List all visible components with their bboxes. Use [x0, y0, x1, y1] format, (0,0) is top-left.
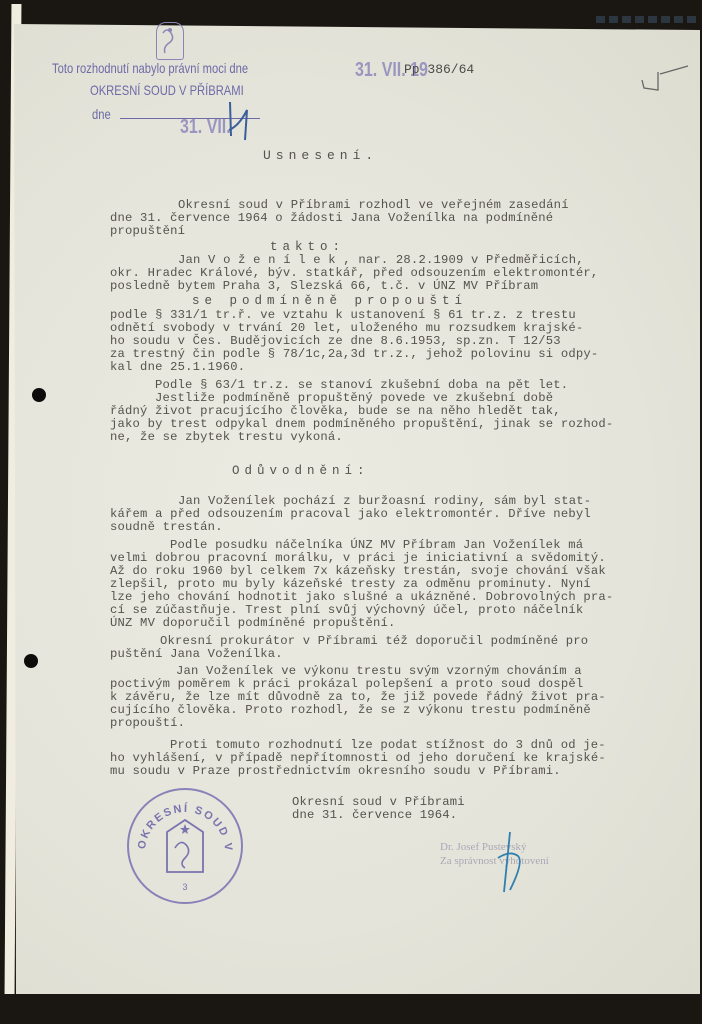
date-stamp-bottom: 31. VII.	[180, 116, 231, 139]
reasoning-p3-line-2: puštění Jana Voženílka.	[110, 647, 283, 662]
handwritten-page-mark-icon	[640, 62, 690, 96]
reasoning-p4-line-5: propouští.	[110, 716, 185, 731]
legal-effect-stamp-line2: OKRESNÍ SOUD V PŘÍBRAMI	[90, 82, 244, 98]
legal-effect-stamp-date-label: dne	[92, 106, 111, 122]
reasoning-p1-line-3: soudně trestán.	[110, 520, 223, 535]
punch-hole-top	[32, 388, 46, 402]
legal-effect-stamp-line1: Toto rozhodnutí nabylo právní moci dne	[52, 60, 248, 76]
state-emblem-icon	[156, 22, 184, 60]
reasoning-p2-line-7: ÚNZ MV doporučil podmíněné propuštění.	[110, 616, 396, 631]
film-edge-marks	[596, 16, 696, 23]
takto-heading: takto:	[270, 240, 345, 254]
closing-date: dne 31. července 1964.	[292, 808, 457, 823]
release-heading: se podmíněně propouští	[192, 294, 467, 308]
handwritten-check-mark-icon	[225, 100, 255, 142]
intro-line-3: propuštění	[110, 224, 185, 239]
punch-hole-bottom	[24, 654, 38, 668]
ruling2-line-5: kal dne 25.1.1960.	[110, 360, 245, 375]
signatory-role: Za správnost vyhotovení	[440, 854, 549, 868]
reasoning-heading: Odůvodnění:	[232, 464, 370, 478]
appeal-line-3: mu soudu v Praze prostřednictvím okresní…	[110, 764, 561, 779]
seal-number: 3	[182, 882, 187, 892]
document-title: Usnesení.	[263, 148, 378, 163]
probation-line-5: ne, že se zbytek trestu vykoná.	[110, 430, 343, 445]
case-reference-number: Pp 386/64	[404, 62, 474, 77]
court-seal: OKRESNÍ SOUD V PŘÍBRAMI 3	[127, 788, 243, 904]
handwritten-signature-icon	[496, 830, 526, 896]
signatory-name: Dr. Josef Pustevský	[440, 840, 549, 854]
signature-block: Dr. Josef Pustevský Za správnost vyhotov…	[440, 840, 549, 868]
ruling-line-3: posledně bytem Praha 3, Slezská 66, t.č.…	[110, 279, 538, 294]
